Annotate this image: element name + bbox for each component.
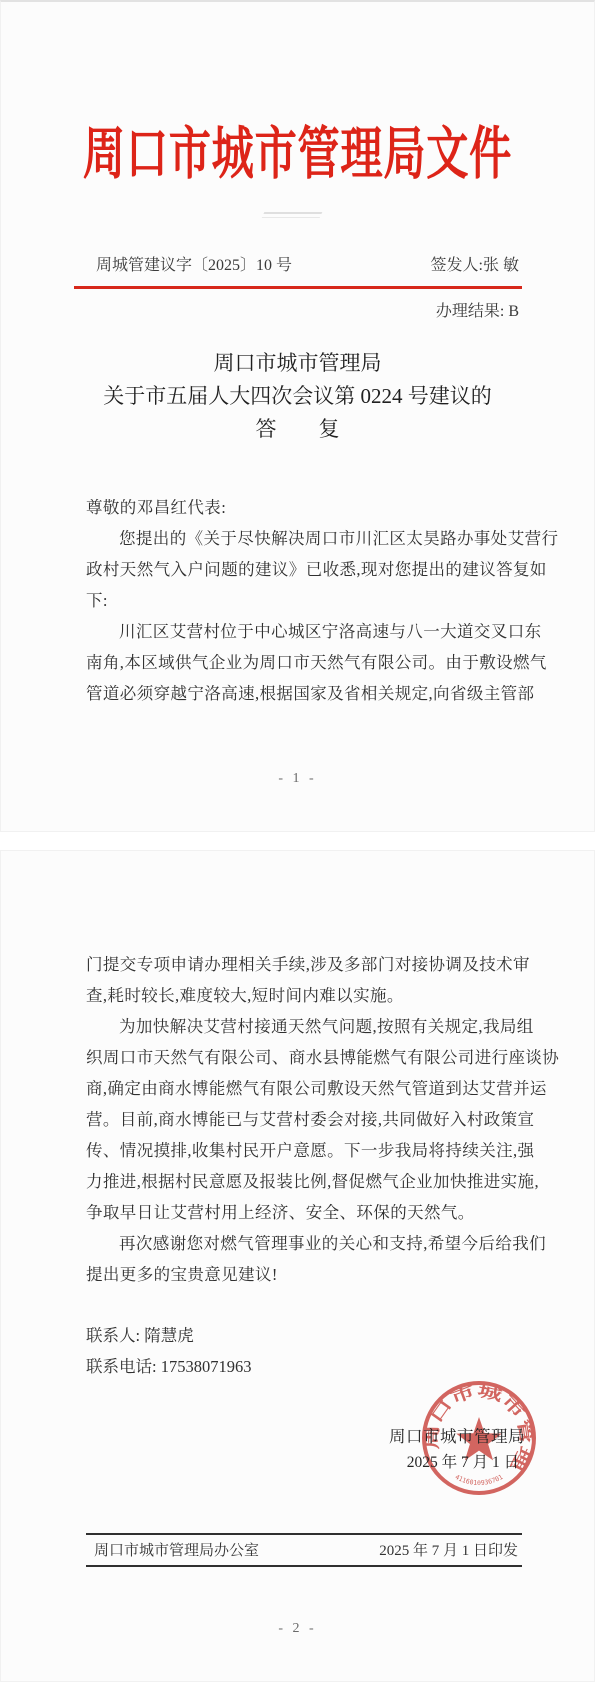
document-number-row: 周城管建议字〔2025〕10 号 签发人:张 敏 [96,252,519,275]
document-number: 周城管建议字〔2025〕10 号 [96,252,292,275]
contact-person: 联系人: 隋慧虎 [86,1320,594,1351]
document-title-line2: 关于市五届人大四次会议第 0224 号建议的 [1,380,594,413]
body-text-page2: 门提交专项申请办理相关手续,涉及多部门对接协调及技术审 查,耗时较长,难度较大,… [1,851,594,1290]
body-line: 查,耗时较长,难度较大,短时间内难以实施。 [86,980,534,1011]
body-line: 提出更多的宝贵意见建议! [86,1259,534,1290]
document-title-line1: 周口市城市管理局 [1,347,594,380]
body-line: 传、情况摸排,收集村民开户意愿。下一步我局将持续关注,强 [86,1135,534,1166]
page-gap [0,832,595,850]
document-page-1: 周口市城市管理局文件 周城管建议字〔2025〕10 号 签发人:张 敏 办理结果… [0,0,595,832]
body-line: 门提交专项申请办理相关手续,涉及多部门对接协调及技术审 [86,949,534,980]
body-line: 再次感谢您对燃气管理事业的关心和支持,希望今后给我们 [86,1228,534,1259]
salutation-line: 尊敬的邓昌红代表: [86,492,534,523]
body-line: 川汇区艾营村位于中心城区宁洛高速与八一大道交叉口东 [86,616,534,647]
signature-date: 2025 年 7 月 1 日 [399,1450,527,1472]
body-line: 您提出的《关于尽快解决周口市川汇区太昊路办事处艾营行 [86,523,534,554]
body-text-page1: 尊敬的邓昌红代表: 您提出的《关于尽快解决周口市川汇区太昊路办事处艾营行 政村天… [86,492,534,709]
body-line: 争取早日让艾营村用上经济、安全、环保的天然气。 [86,1197,534,1228]
body-line: 营。目前,商水博能已与艾营村委会对接,共同做好入村政策宣 [86,1104,534,1135]
body-line: 管道必须穿越宁洛高速,根据国家及省相关规定,向省级主管部 [86,678,534,709]
issuing-office: 周口市城市管理局办公室 [94,1539,259,1560]
handling-result: 办理结果: B [1,298,519,321]
scan-smudge-mark [262,212,323,218]
issue-footer: 周口市城市管理局办公室 2025 年 7 月 1 日印发 [86,1533,522,1567]
print-date: 2025 年 7 月 1 日印发 [379,1539,518,1560]
signature-organization: 周口市城市管理局 [389,1423,525,1447]
body-line: 为加快解决艾营村接通天然气问题,按照有关规定,我局组 [86,1011,534,1042]
svg-text:4116010936701: 4116010936701 [454,1473,505,1487]
document-title: 周口市城市管理局 关于市五届人大四次会议第 0224 号建议的 答 复 [1,347,594,446]
body-line: 织周口市天然气有限公司、商水县博能燃气有限公司进行座谈协 [86,1042,534,1073]
contact-block: 联系人: 隋慧虎 联系电话: 17538071963 [86,1320,594,1382]
letterhead-title: 周口市城市管理局文件 [78,122,517,188]
footer-rule-bottom [86,1565,522,1567]
page-number-2: - 2 - [1,1621,594,1637]
seal-code-text: 4116010936701 [454,1473,505,1487]
page-number-1: - 1 - [1,771,594,787]
body-line: 商,确定由商水博能燃气有限公司敷设天然气管道到达艾营并运 [86,1073,534,1104]
red-divider-rule [74,286,522,289]
issuer-name: 签发人:张 敏 [431,252,519,275]
document-title-line3: 答 复 [1,413,594,446]
body-line: 南角,本区域供气企业为周口市天然气有限公司。由于敷设燃气 [86,647,534,678]
body-line: 政村天然气入户问题的建议》已收悉,现对您提出的建议答复如 [86,554,534,585]
body-line: 力推进,根据村民意愿及报装比例,督促燃气企业加快推进实施, [86,1166,534,1197]
document-page-2: 门提交专项申请办理相关手续,涉及多部门对接协调及技术审 查,耗时较长,难度较大,… [0,850,595,1682]
body-line: 下: [86,585,534,616]
